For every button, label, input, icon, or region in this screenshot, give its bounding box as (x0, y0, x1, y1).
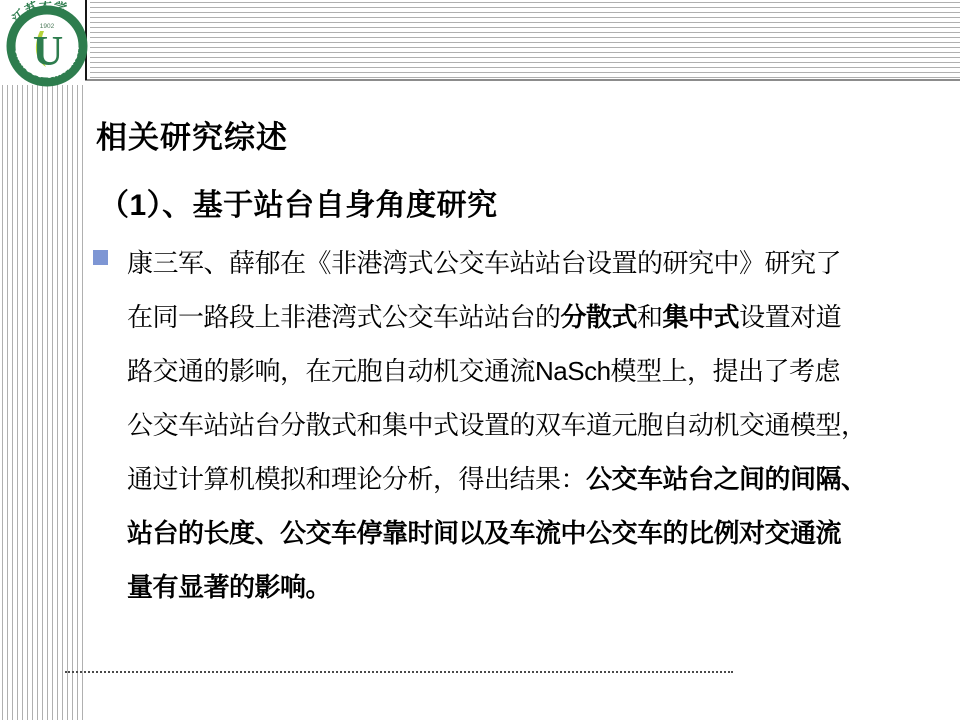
university-logo-icon: JIANGSU UNIVERSITY 江苏大学 1902 U (3, 1, 91, 89)
logo-monogram: U (33, 29, 63, 75)
body-line: 公交车站站台分散式和集中式设置的双车道元胞自动机交通模型， (127, 398, 847, 452)
body-text-segment: 康三军、薛郁在《非港湾式公交车站站台设置的研究中》研究了 (127, 248, 841, 278)
body-line: 在同一路段上非港湾式公交车站站台的分散式和集中式设置对道 (127, 290, 847, 344)
vertical-pinstripes (2, 85, 83, 720)
body-text-segment: 通过计算机模拟和理论分析，得出结果： (127, 464, 586, 494)
body-text-segment: 设置对道 (739, 302, 841, 332)
body-text-segment: 站台的长度、公交车停靠时间以及车流中公交车的比例对交通流 (127, 518, 841, 548)
body-line: 量有显著的影响。 (127, 560, 847, 614)
body-line: 路交通的影响，在元胞自动机交通流NaSch模型上，提出了考虑 (127, 344, 847, 398)
body-text-segment: 集中式 (663, 302, 740, 332)
body-text-segment: 和 (637, 302, 663, 332)
body-text-segment: 量有显著的影响。 (127, 572, 331, 602)
page-title: 相关研究综述 (96, 112, 288, 157)
body-text-segment: 公交车站台之间的间隔、 (586, 464, 867, 494)
body-line: 康三军、薛郁在《非港湾式公交车站站台设置的研究中》研究了 (127, 236, 847, 290)
horizontal-pinstripes (90, 2, 960, 80)
body-text-segment: 路交通的影响，在元胞自动机交通流NaSch模型上，提出了考虑 (127, 356, 840, 386)
body-line: 站台的长度、公交车停靠时间以及车流中公交车的比例对交通流 (127, 506, 847, 560)
top-divider-line (85, 79, 960, 81)
body-text-segment: 分散式 (561, 302, 638, 332)
divider-dotted-line (65, 671, 733, 673)
body-line: 通过计算机模拟和理论分析，得出结果：公交车站台之间的间隔、 (127, 452, 847, 506)
section-subtitle: （1）、基于站台自身角度研究 (99, 180, 498, 224)
body-text-segment: 在同一路段上非港湾式公交车站站台的 (127, 302, 561, 332)
presentation-slide: JIANGSU UNIVERSITY 江苏大学 1902 U 相关研究综述 （1… (0, 0, 960, 720)
body-text: 康三军、薛郁在《非港湾式公交车站站台设置的研究中》研究了在同一路段上非港湾式公交… (127, 236, 847, 614)
body-text-segment: 公交车站站台分散式和集中式设置的双车道元胞自动机交通模型， (127, 410, 867, 440)
bullet-square-icon (93, 250, 108, 265)
